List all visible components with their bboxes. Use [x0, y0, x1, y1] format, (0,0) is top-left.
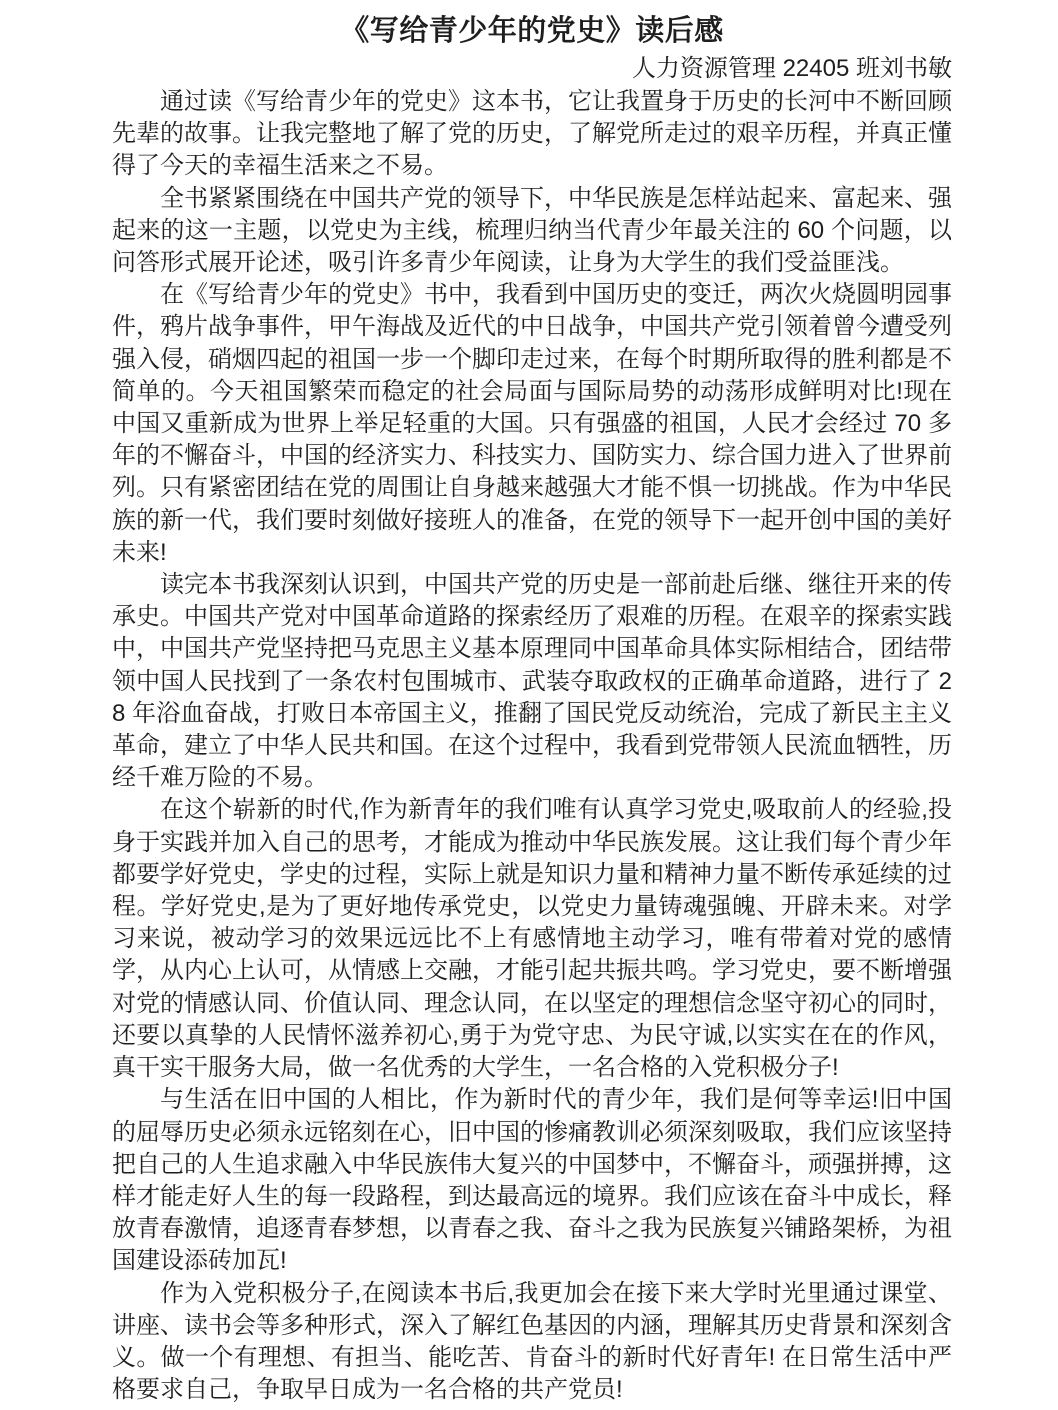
essay-paragraph-new-era-youth: 与生活在旧中国的人相比，作为新时代的青少年，我们是何等幸运!旧中国的屈辱历史必须…: [112, 1084, 952, 1277]
document-title: 《写给青少年的党史》读后感: [112, 10, 952, 52]
author-byline: 人力资源管理 22405 班刘书敏: [112, 52, 952, 86]
essay-paragraph-study-history: 在这个崭新的时代,作为新青年的我们唯有认真学习党史,吸取前人的经验,投身于实践并…: [112, 794, 952, 1084]
essay-paragraph-intro: 通过读《写给青少年的党史》这本书，它让我置身于历史的长河中不断回顾先辈的故事。让…: [112, 86, 952, 183]
essay-paragraph-book-theme: 全书紧紧围绕在中国共产党的领导下，中华民族是怎样站起来、富起来、强起来的这一主题…: [112, 183, 952, 280]
essay-paragraph-party-history: 读完本书我深刻认识到，中国共产党的历史是一部前赴后继、继往开来的传承史。中国共产…: [112, 569, 952, 794]
essay-paragraph-history-changes: 在《写给青少年的党史》书中，我看到中国历史的变迁，两次火烧圆明园事件，鸦片战争事…: [112, 279, 952, 569]
essay-paragraph-conclusion: 作为入党积极分子,在阅读本书后,我更加会在接下来大学时光里通过课堂、讲座、读书会…: [112, 1278, 952, 1407]
essay-body: 通过读《写给青少年的党史》这本书，它让我置身于历史的长河中不断回顾先辈的故事。让…: [112, 86, 952, 1406]
document-page: 《写给青少年的党史》读后感 人力资源管理 22405 班刘书敏 通过读《写给青少…: [0, 0, 1058, 1410]
